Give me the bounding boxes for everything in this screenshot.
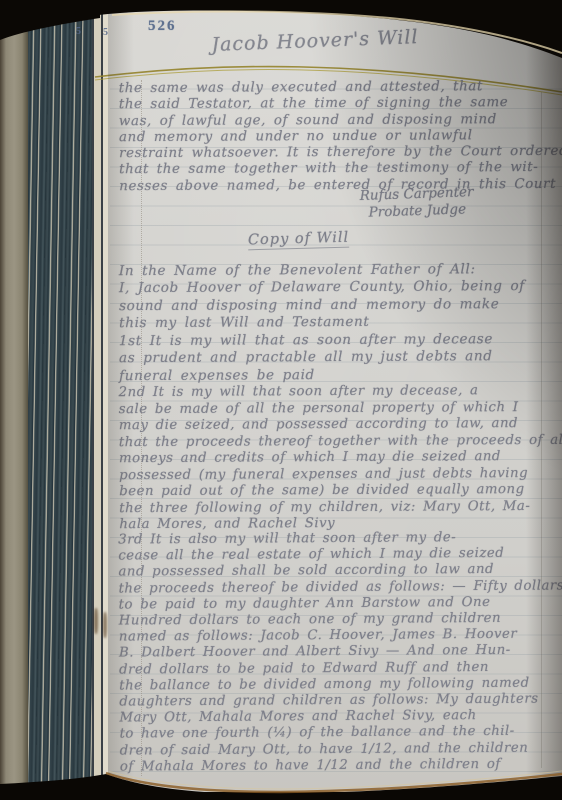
handwritten-line: daughters and grand children as follows:…	[119, 692, 553, 711]
edge-page-number: 5	[76, 26, 81, 37]
handwritten-line: this my last Will and Testament	[119, 313, 553, 333]
edge-page-number: 5	[103, 27, 108, 38]
handwritten-line: may die seized, and possessed according …	[119, 416, 553, 435]
handwritten-line: I, Jacob Hoover of Delaware County, Ohio…	[119, 278, 553, 298]
book-page-edges	[28, 13, 94, 792]
handwritten-line: sound and disposing mind and memory do m…	[119, 296, 553, 316]
handwritten-line: In the Name of the Benevolent Father of …	[119, 261, 553, 281]
page-number: 526	[148, 18, 177, 35]
handwritten-line: as prudent and practable all my just deb…	[119, 348, 553, 368]
handwritten-line: 1st It is my will that as soon after my …	[119, 331, 553, 351]
will-heading: Copy of Will	[248, 230, 350, 251]
will-item-2: 2nd It is my will that soon after my dec…	[119, 383, 554, 534]
handwritten-line: the said Testator, at the time of signin…	[119, 95, 553, 114]
will-preamble: In the Name of the Benevolent Father of …	[119, 261, 553, 333]
court-order-text: the same was duly executed and attested,…	[119, 79, 554, 195]
handwritten-line: was, of lawful age, of sound and disposi…	[119, 111, 553, 130]
handwritten-line: moneys and credits of which I may die se…	[119, 449, 553, 468]
handwritten-line: nesses above named, be entered of record…	[119, 177, 553, 196]
will-item-1: 1st It is my will that as soon after my …	[119, 331, 553, 385]
will-item-3: 3rd It is also my will that soon after m…	[118, 529, 554, 775]
handwritten-line: been paid out of the same) be divided eq…	[119, 482, 553, 501]
handwritten-line: the three following of my children, viz:…	[119, 498, 553, 517]
book-photo: 526 5 5 Jacob Hoover's Will the same was…	[0, 0, 562, 800]
page-edge-smudge	[94, 608, 98, 634]
page-edge-smudge	[103, 612, 107, 638]
handwritten-line: that the same together with the testimon…	[119, 160, 553, 179]
signature-block: Rufus Carpenter Probate Judge	[360, 184, 475, 222]
book-cover-edge	[0, 24, 30, 784]
handwritten-line: of Mahala Mores to have 1/12 and the chi…	[120, 756, 554, 775]
